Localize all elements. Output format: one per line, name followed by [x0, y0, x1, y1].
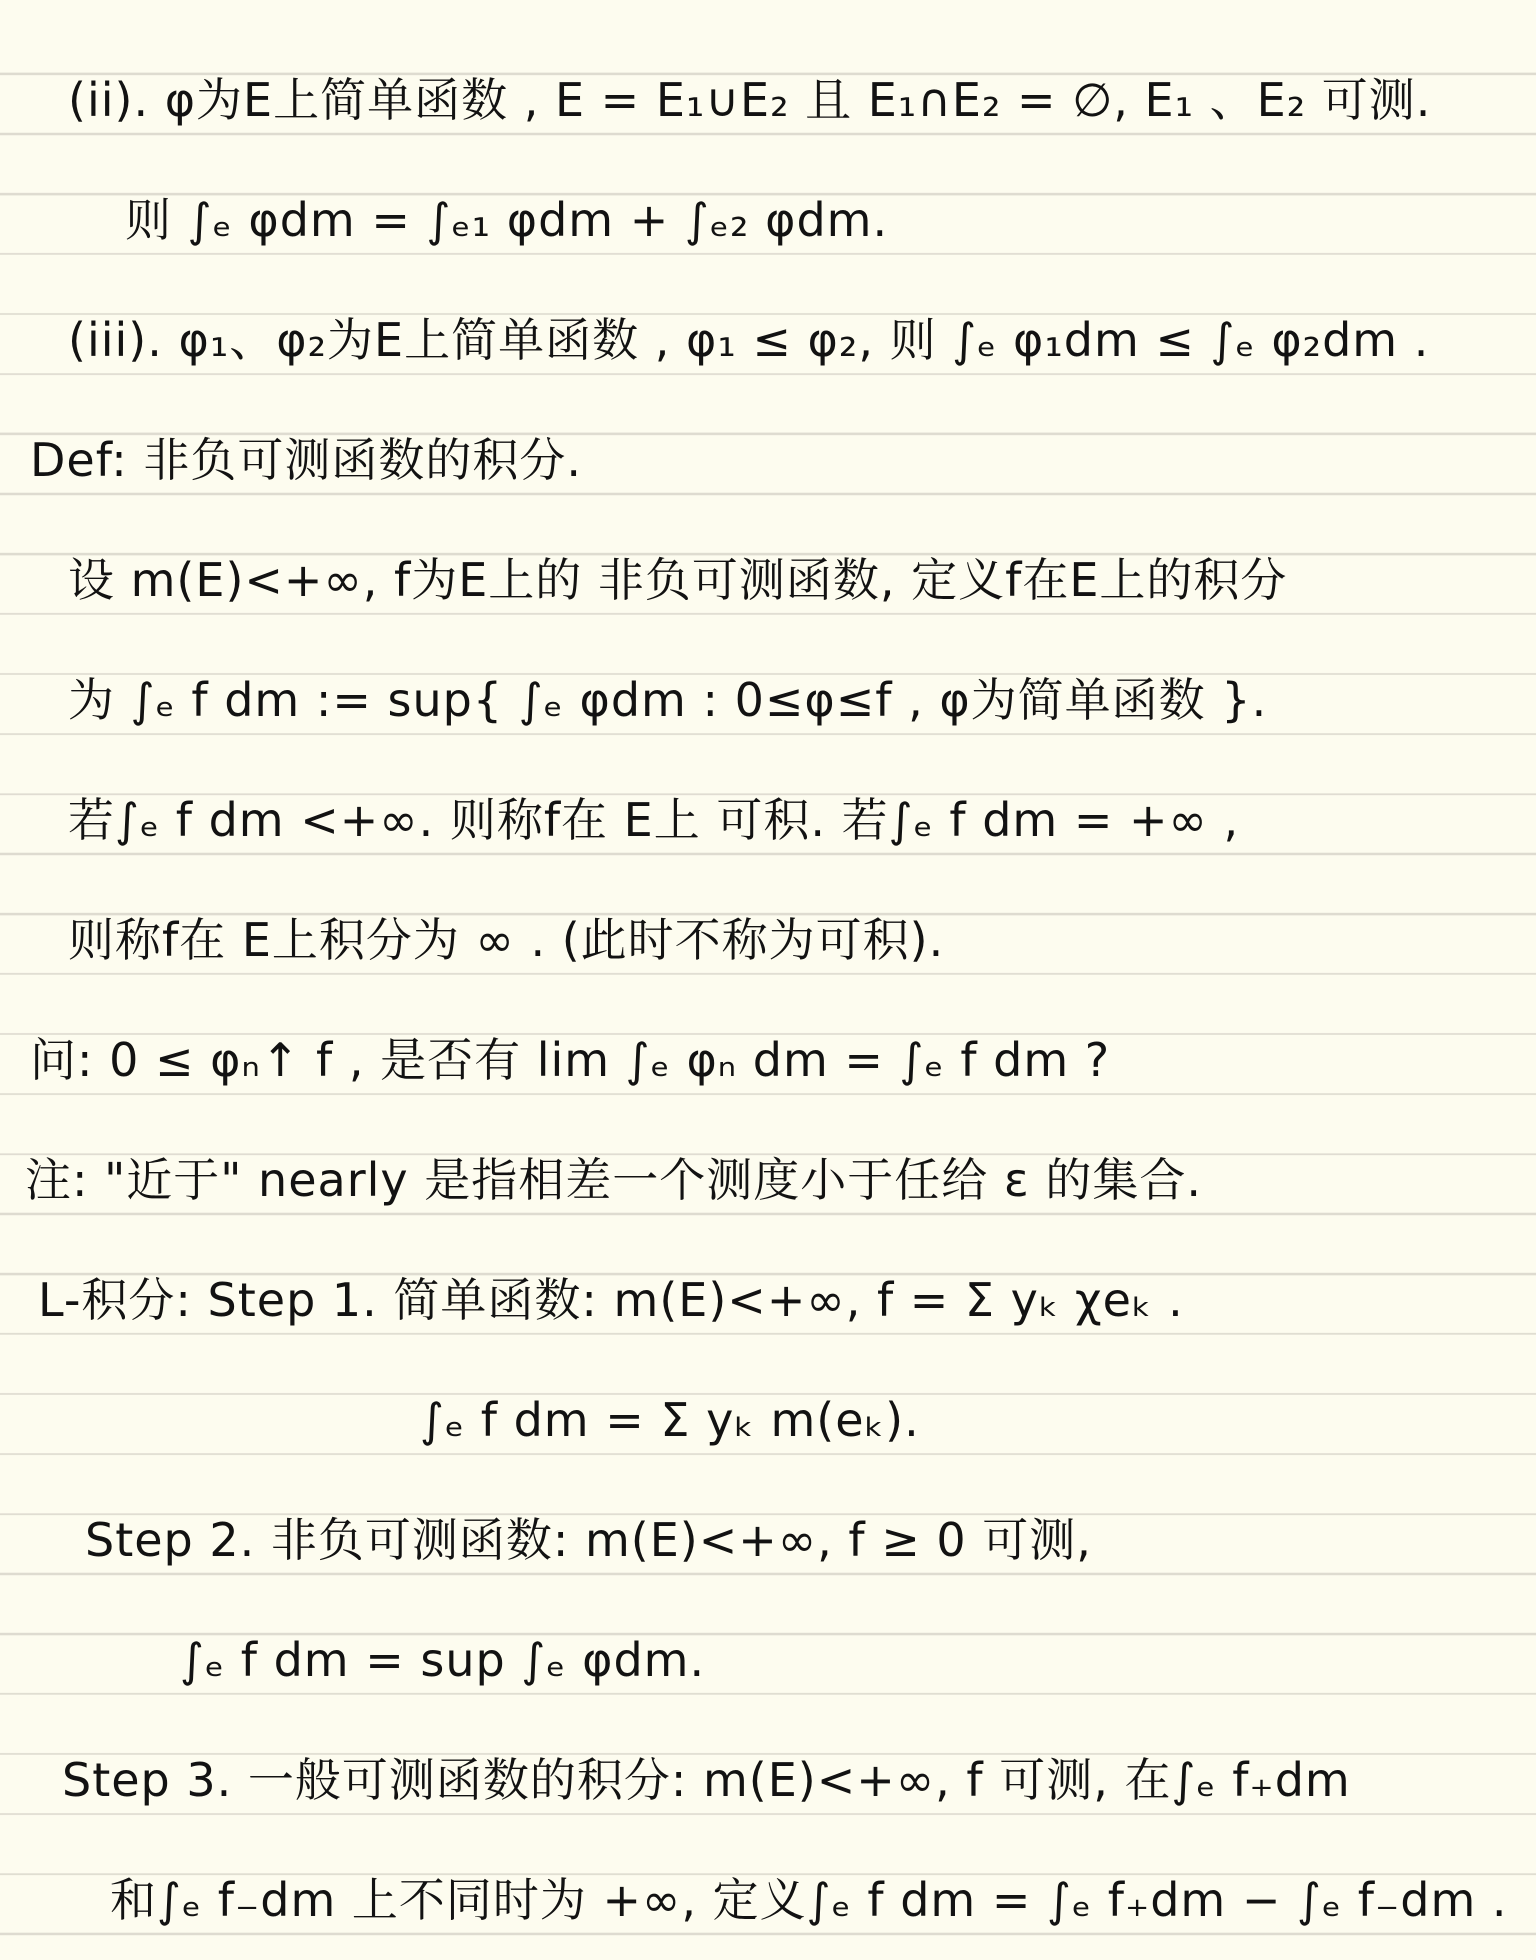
- note-line-prop-iii: (iii). φ₁、φ₂为E上简单函数 , φ₁ ≤ φ₂, 则 ∫ₑ φ₁dm…: [68, 310, 1429, 370]
- note-line-step3-formula: 和∫ₑ f₋dm 上不同时为 +∞, 定义∫ₑ f dm = ∫ₑ f₊dm −…: [110, 1870, 1508, 1930]
- note-line-prop-ii: (ii). φ为E上简单函数 , E = E₁∪E₂ 且 E₁∩E₂ = ∅, …: [68, 70, 1431, 130]
- note-line-def-body-1: 设 m(E)<+∞, f为E上的 非负可测函数, 定义f在E上的积分: [68, 550, 1287, 610]
- note-line-question: 问: 0 ≤ φₙ↑ f , 是否有 lim ∫ₑ φₙ dm = ∫ₑ f d…: [30, 1030, 1110, 1090]
- note-line-step1-formula: ∫ₑ f dm = Σ yₖ m(eₖ).: [420, 1390, 920, 1450]
- note-line-step2: Step 2. 非负可测函数: m(E)<+∞, f ≥ 0 可测,: [85, 1510, 1092, 1570]
- note-line-prop-ii-result: 则 ∫ₑ φdm = ∫ₑ₁ φdm + ∫ₑ₂ φdm.: [125, 190, 888, 250]
- note-line-def-body-2: 为 ∫ₑ f dm := sup{ ∫ₑ φdm : 0≤φ≤f , φ为简单函…: [68, 670, 1267, 730]
- note-line-step2-formula: ∫ₑ f dm = sup ∫ₑ φdm.: [180, 1630, 705, 1690]
- note-line-step3: Step 3. 一般可测函数的积分: m(E)<+∞, f 可测, 在∫ₑ f₊…: [62, 1750, 1351, 1810]
- note-line-l-integral-step1: L-积分: Step 1. 简单函数: m(E)<+∞, f = Σ yₖ χe…: [38, 1270, 1184, 1330]
- note-line-def-title: Def: 非负可测函数的积分.: [30, 430, 582, 490]
- note-line-remark-nearly: 注: "近于" nearly 是指相差一个测度小于任给 ε 的集合.: [25, 1150, 1202, 1210]
- note-line-def-infinite: 则称f在 E上积分为 ∞ . (此时不称为可积).: [68, 910, 944, 970]
- note-line-def-integrable: 若∫ₑ f dm <+∞. 则称f在 E上 可积. 若∫ₑ f dm = +∞ …: [68, 790, 1239, 850]
